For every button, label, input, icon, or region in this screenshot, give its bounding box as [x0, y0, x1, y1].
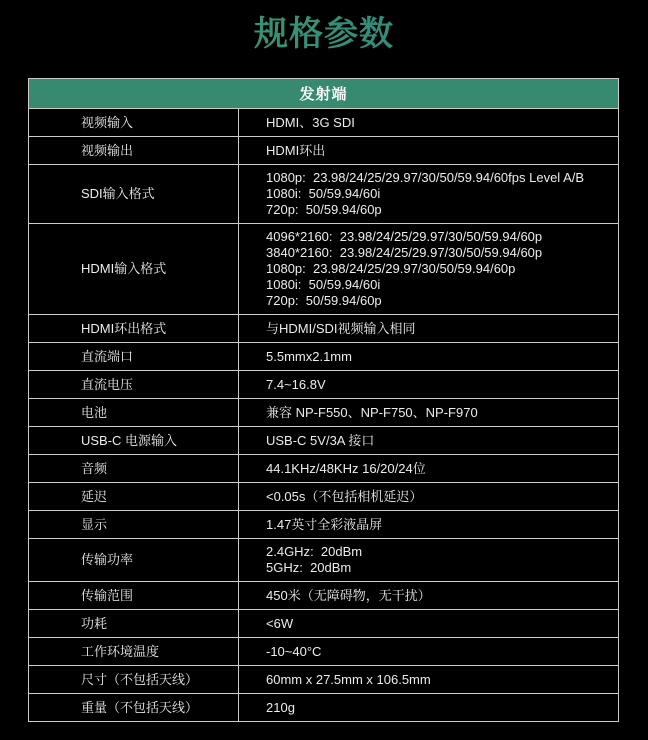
spec-value: 与HDMI/SDI视频输入相同 — [239, 315, 618, 342]
page-title: 规格参数 — [0, 14, 648, 54]
spec-label: 传输范围 — [29, 582, 239, 609]
spec-value: 兼容 NP-F550、NP-F750、NP-F970 — [239, 399, 618, 426]
spec-value-line: 4096*2160: 23.98/24/25/29.97/30/50/59.94… — [266, 229, 612, 245]
table-row: 延迟<0.05s（不包括相机延迟） — [29, 482, 618, 510]
spec-value: <6W — [239, 610, 618, 637]
spec-value: HDMI、3G SDI — [239, 109, 618, 136]
spec-label: 工作环境温度 — [29, 638, 239, 665]
spec-label: 视频输出 — [29, 137, 239, 164]
spec-label: HDMI输入格式 — [29, 224, 239, 314]
spec-value-line: 1080p: 23.98/24/25/29.97/30/50/59.94/60p — [266, 261, 612, 277]
spec-value: HDMI环出 — [239, 137, 618, 164]
table-body: 视频输入HDMI、3G SDI视频输出HDMI环出SDI输入格式1080p: 2… — [29, 108, 618, 721]
spec-value-line: 1080p: 23.98/24/25/29.97/30/50/59.94/60f… — [266, 170, 612, 186]
spec-label: 音频 — [29, 455, 239, 482]
table-row: 视频输入HDMI、3G SDI — [29, 108, 618, 136]
table-row: 重量（不包括天线）210g — [29, 693, 618, 721]
spec-value: 7.4~16.8V — [239, 371, 618, 398]
spec-label: 电池 — [29, 399, 239, 426]
spec-value-line: 1.47英寸全彩液晶屏 — [266, 517, 612, 533]
spec-table: 发射端 视频输入HDMI、3G SDI视频输出HDMI环出SDI输入格式1080… — [28, 78, 619, 722]
table-row: 功耗<6W — [29, 609, 618, 637]
spec-label: USB-C 电源输入 — [29, 427, 239, 454]
spec-value: 210g — [239, 694, 618, 721]
spec-value-line: -10~40°C — [266, 644, 612, 660]
spec-label: 直流电压 — [29, 371, 239, 398]
spec-value-line: 210g — [266, 700, 612, 716]
spec-value: 60mm x 27.5mm x 106.5mm — [239, 666, 618, 693]
spec-label: 重量（不包括天线） — [29, 694, 239, 721]
spec-label: SDI输入格式 — [29, 165, 239, 223]
spec-value-line: 60mm x 27.5mm x 106.5mm — [266, 672, 612, 688]
spec-value: 1.47英寸全彩液晶屏 — [239, 511, 618, 538]
table-row: USB-C 电源输入USB-C 5V/3A 接口 — [29, 426, 618, 454]
spec-sheet: 规格参数 发射端 视频输入HDMI、3G SDI视频输出HDMI环出SDI输入格… — [0, 14, 648, 722]
spec-value-line: HDMI、3G SDI — [266, 115, 612, 131]
spec-value-line: USB-C 5V/3A 接口 — [266, 433, 612, 449]
spec-value: USB-C 5V/3A 接口 — [239, 427, 618, 454]
table-row: 视频输出HDMI环出 — [29, 136, 618, 164]
table-row: SDI输入格式1080p: 23.98/24/25/29.97/30/50/59… — [29, 164, 618, 223]
spec-value-line: 2.4GHz: 20dBm — [266, 544, 612, 560]
table-row: 工作环境温度-10~40°C — [29, 637, 618, 665]
table-row: 音频44.1KHz/48KHz 16/20/24位 — [29, 454, 618, 482]
spec-label: 功耗 — [29, 610, 239, 637]
spec-value-line: 720p: 50/59.94/60p — [266, 293, 612, 309]
spec-value-line: 450米（无障碍物，无干扰） — [266, 588, 612, 604]
table-row: HDMI环出格式与HDMI/SDI视频输入相同 — [29, 314, 618, 342]
table-header-transmitter: 发射端 — [29, 79, 618, 108]
spec-value: <0.05s（不包括相机延迟） — [239, 483, 618, 510]
spec-label: 直流端口 — [29, 343, 239, 370]
spec-value: 44.1KHz/48KHz 16/20/24位 — [239, 455, 618, 482]
table-row: 直流电压7.4~16.8V — [29, 370, 618, 398]
spec-label: 视频输入 — [29, 109, 239, 136]
spec-value-line: 44.1KHz/48KHz 16/20/24位 — [266, 461, 612, 477]
spec-value: 1080p: 23.98/24/25/29.97/30/50/59.94/60f… — [239, 165, 618, 223]
spec-value-line: 5.5mmx2.1mm — [266, 349, 612, 365]
spec-value-line: <0.05s（不包括相机延迟） — [266, 489, 612, 505]
table-row: HDMI输入格式4096*2160: 23.98/24/25/29.97/30/… — [29, 223, 618, 314]
spec-label: 尺寸（不包括天线） — [29, 666, 239, 693]
table-row: 传输范围450米（无障碍物，无干扰） — [29, 581, 618, 609]
spec-value: 5.5mmx2.1mm — [239, 343, 618, 370]
spec-value: 450米（无障碍物，无干扰） — [239, 582, 618, 609]
spec-value: -10~40°C — [239, 638, 618, 665]
spec-value-line: 与HDMI/SDI视频输入相同 — [266, 321, 612, 337]
spec-value: 4096*2160: 23.98/24/25/29.97/30/50/59.94… — [239, 224, 618, 314]
spec-value-line: 5GHz: 20dBm — [266, 560, 612, 576]
table-row: 尺寸（不包括天线）60mm x 27.5mm x 106.5mm — [29, 665, 618, 693]
spec-value-line: <6W — [266, 616, 612, 632]
spec-value-line: 720p: 50/59.94/60p — [266, 202, 612, 218]
spec-value-line: 兼容 NP-F550、NP-F750、NP-F970 — [266, 405, 612, 421]
table-row: 传输功率2.4GHz: 20dBm5GHz: 20dBm — [29, 538, 618, 581]
spec-value-line: 7.4~16.8V — [266, 377, 612, 393]
table-row: 电池兼容 NP-F550、NP-F750、NP-F970 — [29, 398, 618, 426]
spec-label: 显示 — [29, 511, 239, 538]
spec-label: 延迟 — [29, 483, 239, 510]
spec-value-line: HDMI环出 — [266, 143, 612, 159]
table-row: 显示1.47英寸全彩液晶屏 — [29, 510, 618, 538]
table-row: 直流端口5.5mmx2.1mm — [29, 342, 618, 370]
spec-value-line: 1080i: 50/59.94/60i — [266, 186, 612, 202]
spec-value: 2.4GHz: 20dBm5GHz: 20dBm — [239, 539, 618, 581]
spec-label: HDMI环出格式 — [29, 315, 239, 342]
spec-value-line: 1080i: 50/59.94/60i — [266, 277, 612, 293]
spec-value-line: 3840*2160: 23.98/24/25/29.97/30/50/59.94… — [266, 245, 612, 261]
spec-label: 传输功率 — [29, 539, 239, 581]
